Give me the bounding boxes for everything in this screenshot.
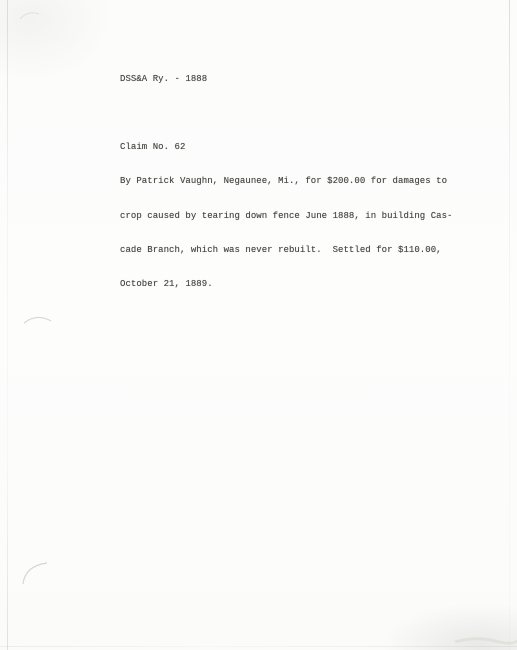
claim-number-line: Claim No. 62: [120, 142, 453, 153]
paper-edge-bottom: [0, 646, 517, 647]
scan-smudge-bottom-right: [455, 639, 517, 644]
blank-line: [120, 108, 453, 119]
paper-edge-right: [509, 0, 510, 650]
body-line-2: crop caused by tearing down fence June 1…: [120, 211, 453, 222]
scanned-document-page: DSS&A Ry. - 1888 Claim No. 62 By Patrick…: [0, 0, 517, 650]
document-heading: DSS&A Ry. - 1888: [120, 74, 453, 85]
paper-edge-left: [7, 0, 8, 650]
scan-mark-arc-top: [20, 13, 39, 19]
body-line-4: October 21, 1889.: [120, 279, 453, 290]
scan-mark-arc-bottom: [23, 563, 47, 584]
body-line-3: cade Branch, which was never rebuilt. Se…: [120, 245, 453, 256]
scan-mark-arc-middle: [24, 317, 51, 323]
typewritten-text-block: DSS&A Ry. - 1888 Claim No. 62 By Patrick…: [120, 51, 453, 313]
body-line-1: By Patrick Vaughn, Negaunee, Mi., for $2…: [120, 176, 453, 187]
